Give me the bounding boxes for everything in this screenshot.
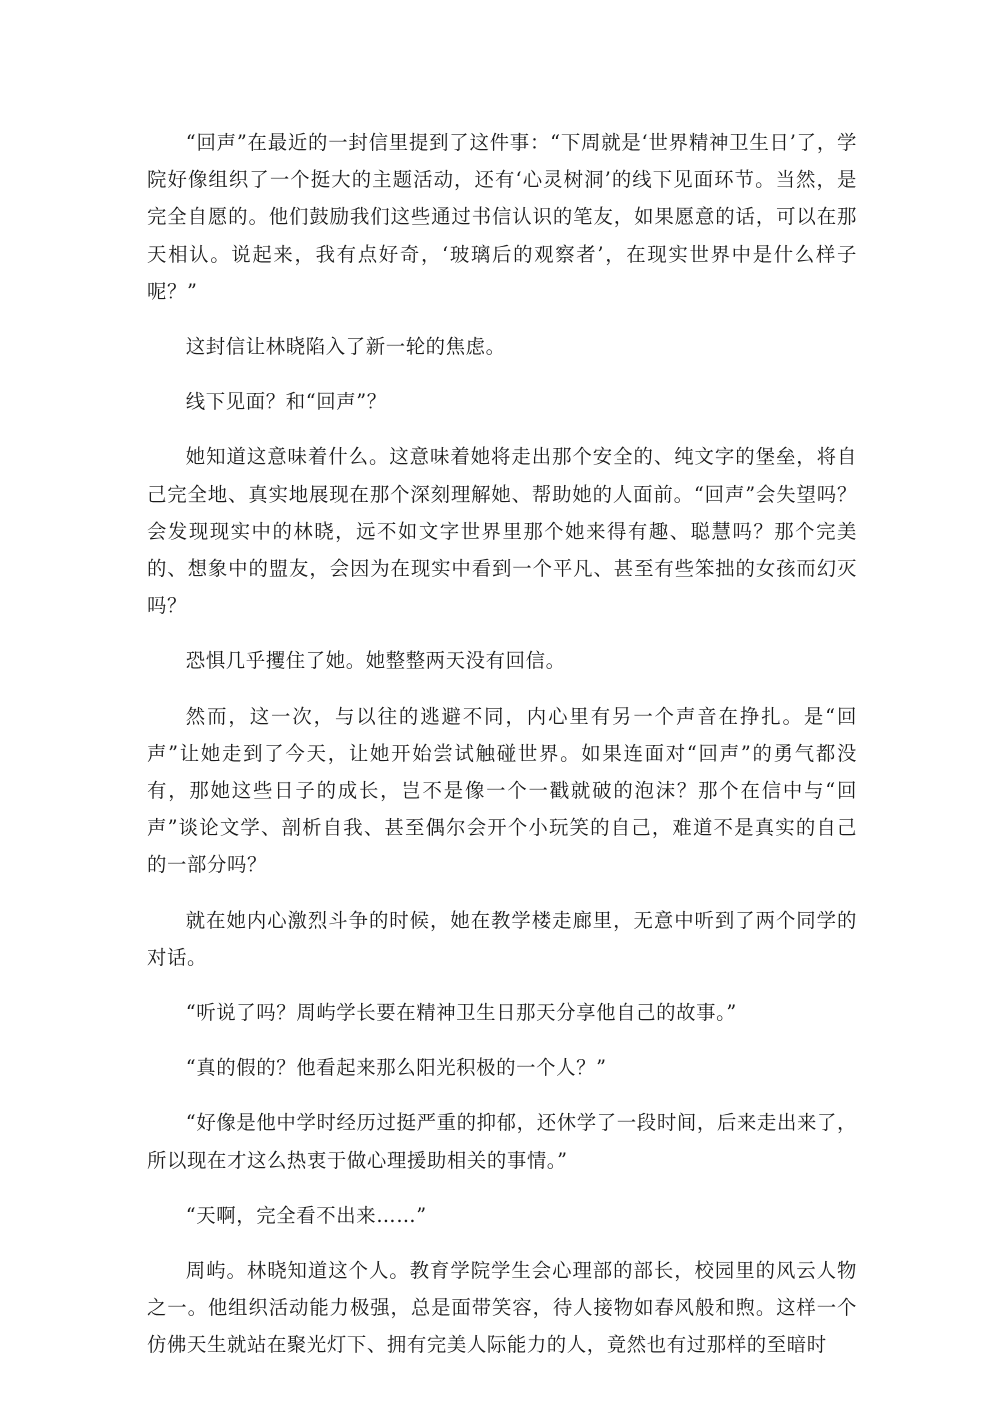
paragraph-letter-quote: “回声”在最近的一封信里提到了这件事：“下周就是‘世界精神卫生日’了，学院好像组… [147, 124, 857, 310]
paragraph-anxiety: 这封信让林晓陷入了新一轮的焦虑。 [147, 328, 857, 365]
paragraph-overheard: 就在她内心激烈斗争的时候，她在教学楼走廊里，无意中听到了两个同学的对话。 [147, 902, 857, 976]
paragraph-question: 线下见面？和“回声”？ [147, 383, 857, 420]
paragraph-struggle: 然而，这一次，与以往的逃避不同，内心里有另一个声音在挣扎。是“回声”让她走到了今… [147, 698, 857, 884]
dialogue-line-1: “听说了吗？周屿学长要在精神卫生日那天分享他自己的故事。” [147, 994, 857, 1031]
dialogue-line-3: “好像是他中学时经历过挺严重的抑郁，还休学了一段时间，后来走出来了，所以现在才这… [147, 1104, 857, 1178]
dialogue-line-2: “真的假的？他看起来那么阳光积极的一个人？” [147, 1049, 857, 1086]
paragraph-fear: 恐惧几乎攫住了她。她整整两天没有回信。 [147, 642, 857, 679]
dialogue-line-4: “天啊，完全看不出来……” [147, 1197, 857, 1234]
document-page: “回声”在最近的一封信里提到了这件事：“下周就是‘世界精神卫生日’了，学院好像组… [147, 124, 857, 1382]
paragraph-meaning: 她知道这意味着什么。这意味着她将走出那个安全的、纯文字的堡垒，将自己完全地、真实… [147, 438, 857, 624]
paragraph-zhouyu: 周屿。林晓知道这个人。教育学院学生会心理部的部长，校园里的风云人物之一。他组织活… [147, 1252, 857, 1364]
